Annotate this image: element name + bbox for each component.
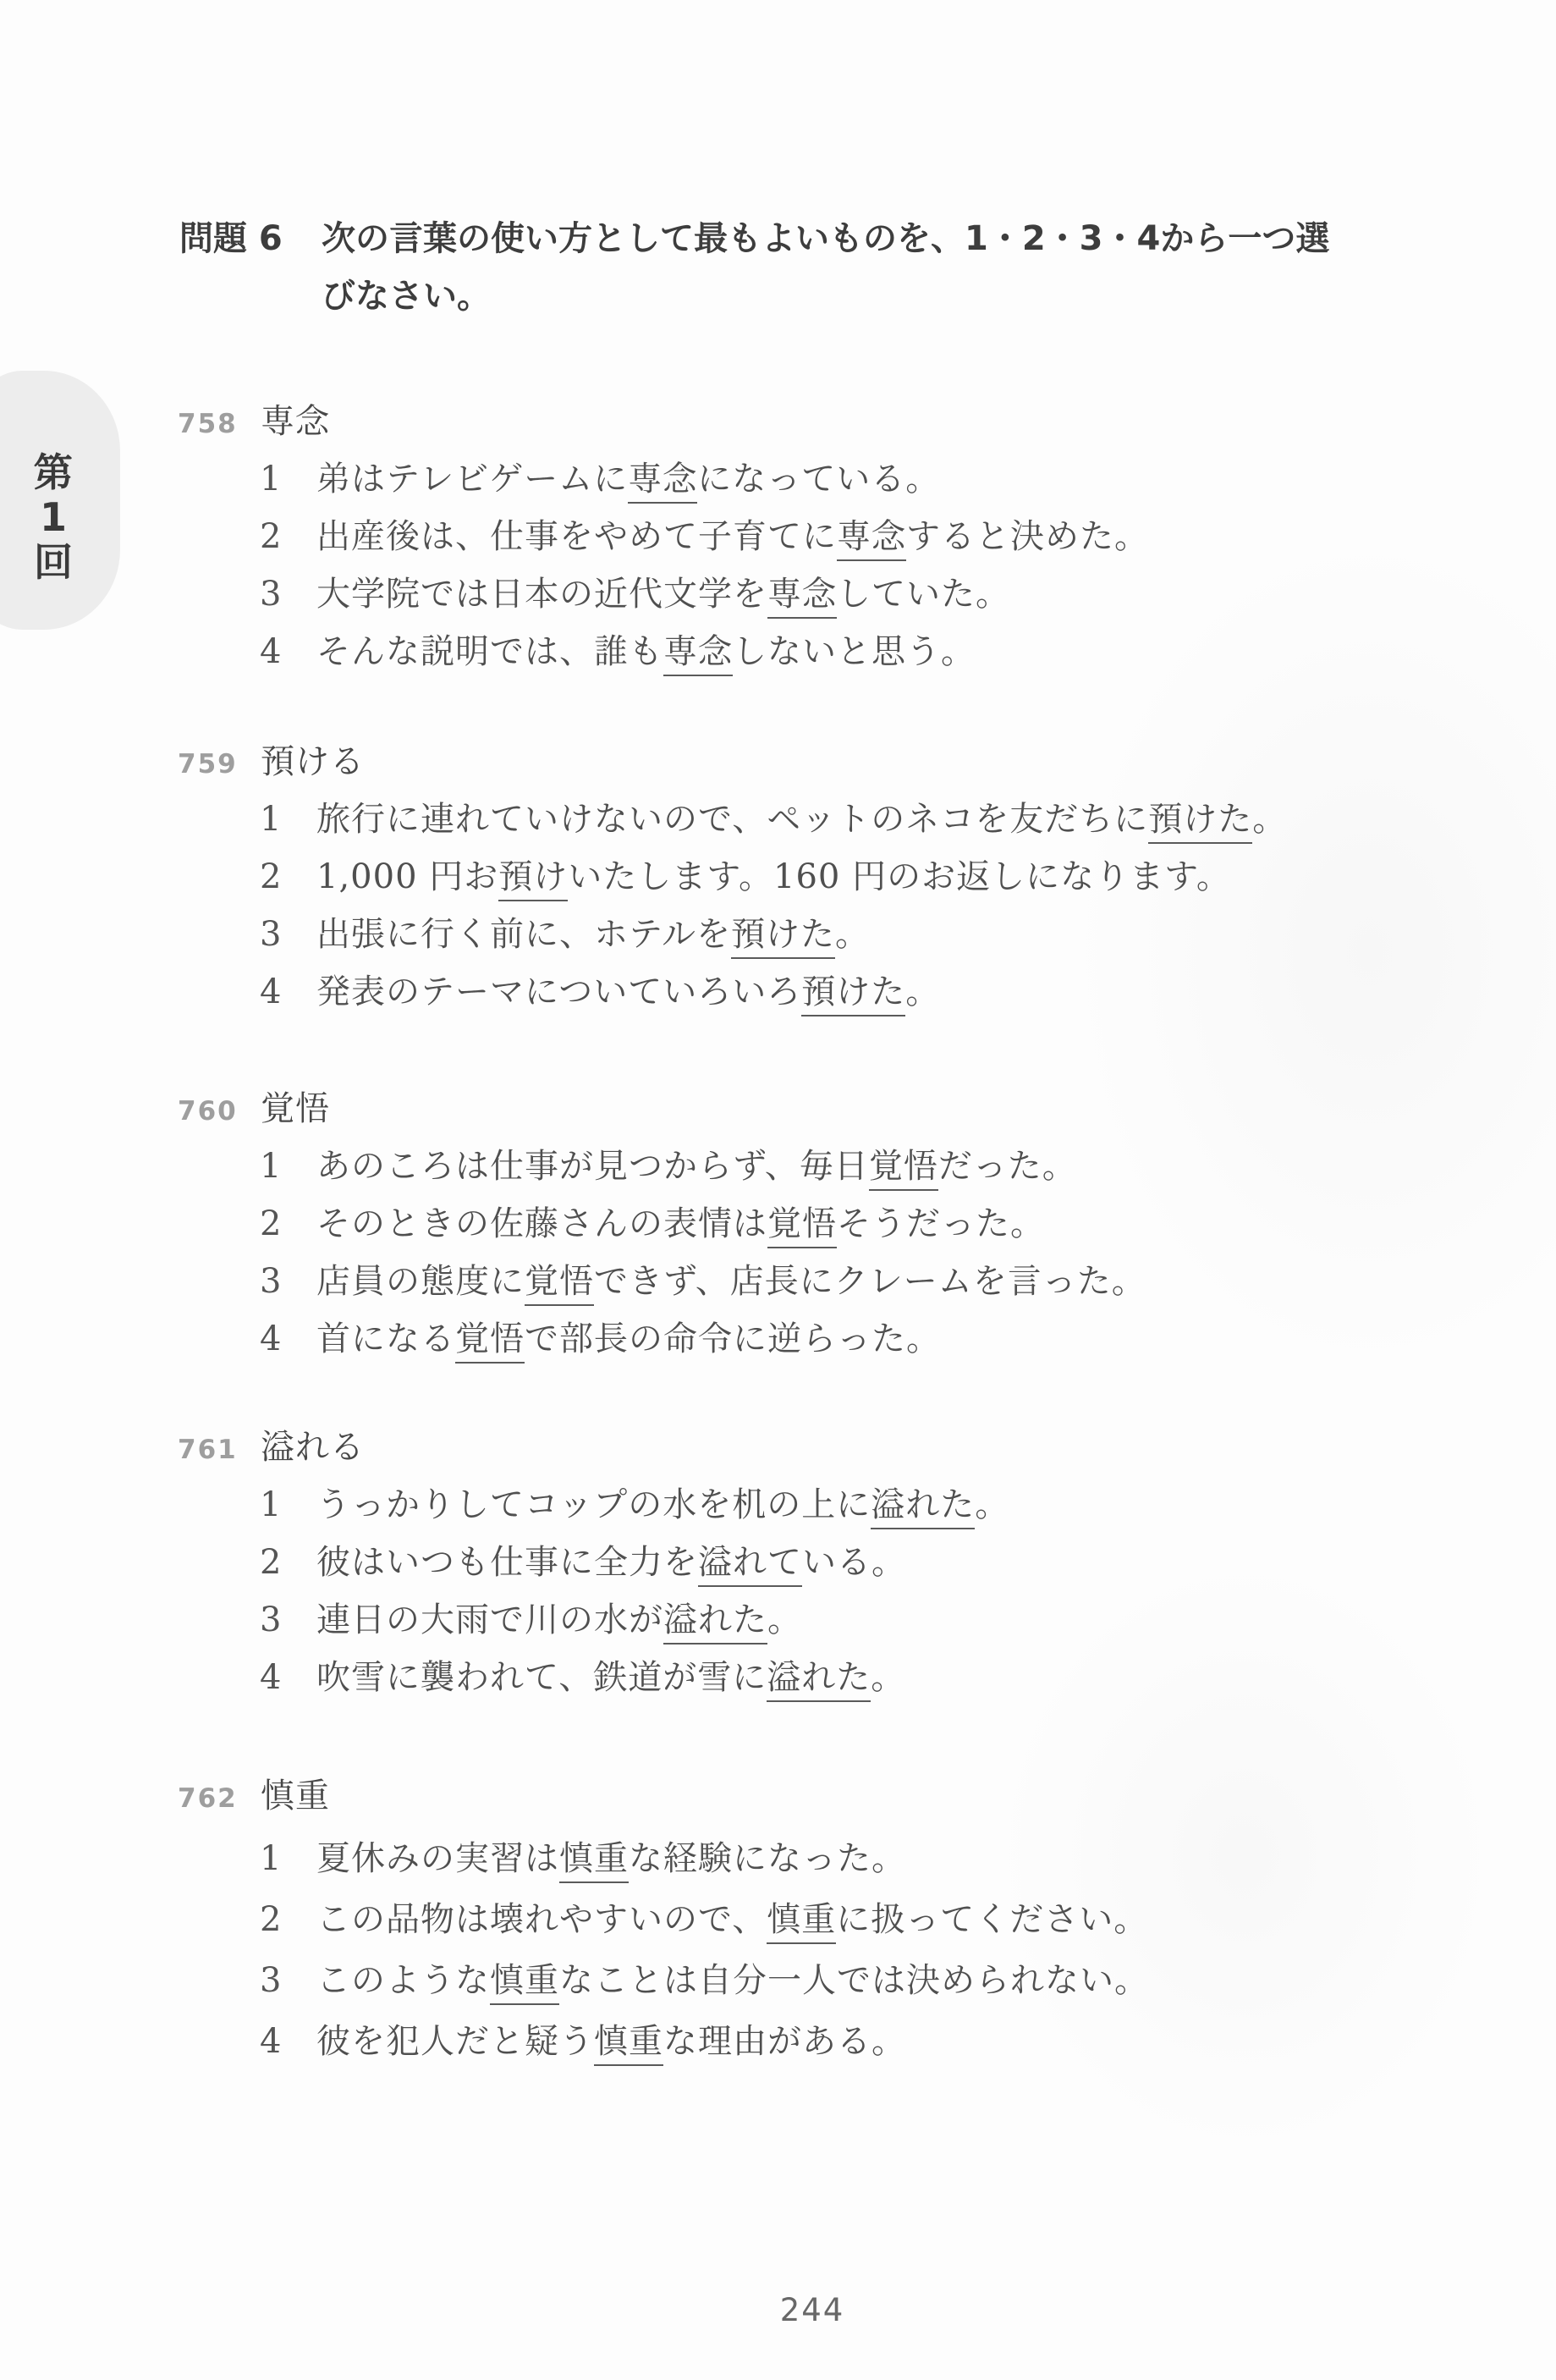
question-target-word: 覚悟 bbox=[261, 1088, 330, 1129]
question-options: 1 夏休みの実習は慎重な経験になった。 2 この品物は壊れやすいので、慎重に扱っ… bbox=[178, 1838, 1498, 2062]
option-sentence: 彼はいつも仕事に全力を溢れている。 bbox=[316, 1542, 906, 1583]
question-block: 759 預ける 1 旅行に連れていけないので、ペットのネコを友だちに預けた。 2… bbox=[178, 741, 1498, 1012]
option-sentence: 旅行に連れていけないので、ペットのネコを友だちに預けた。 bbox=[316, 799, 1287, 840]
question-block: 761 溢れる 1 うっかりしてコップの水を机の上に溢れた。 2 彼はいつも仕事… bbox=[178, 1427, 1498, 1698]
option-row: 3 出張に行く前に、ホテルを預けた。 bbox=[178, 914, 1498, 955]
option-text-post: な経験になった。 bbox=[629, 1839, 906, 1878]
problem-header: 問題 6 次の言葉の使い方として最もよいものを、1・2・3・4から一つ選 びなさ… bbox=[179, 218, 1329, 317]
option-text-post: いたします。160 円のお返しになります。 bbox=[568, 857, 1231, 896]
chapter-tab-char-2: 1 bbox=[25, 495, 81, 540]
option-number: 2 bbox=[260, 516, 316, 557]
option-text-post: 。 bbox=[975, 1485, 1009, 1524]
question-options: 1 弟はテレビゲームに専念になっている。 2 出産後は、仕事をやめて子育てに専念… bbox=[178, 459, 1498, 672]
option-text-post: 。 bbox=[905, 972, 940, 1011]
option-row: 2 出産後は、仕事をやめて子育てに専念すると決めた。 bbox=[178, 516, 1498, 557]
option-row: 1 あのころは仕事が見つからず、毎日覚悟だった。 bbox=[178, 1146, 1498, 1187]
option-text-pre: 旅行に連れていけないので、ペットのネコを友だちに bbox=[316, 800, 1148, 839]
option-text-pre: うっかりしてコップの水を机の上に bbox=[316, 1485, 871, 1524]
question-options: 1 旅行に連れていけないので、ペットのネコを友だちに預けた。 2 1,000 円… bbox=[178, 799, 1498, 1012]
option-underlined-word: 覚悟 bbox=[455, 1319, 525, 1364]
option-sentence: 弟はテレビゲームに専念になっている。 bbox=[316, 459, 940, 499]
option-number: 3 bbox=[260, 914, 316, 955]
option-row: 1 旅行に連れていけないので、ペットのネコを友だちに預けた。 bbox=[178, 799, 1498, 840]
option-text-pre: 連日の大雨で川の水が bbox=[316, 1600, 663, 1639]
option-sentence: 連日の大雨で川の水が溢れた。 bbox=[316, 1600, 802, 1640]
option-text-pre: この品物は壊れやすいので、 bbox=[316, 1900, 767, 1939]
option-underlined-word: 覚悟 bbox=[869, 1147, 938, 1191]
instruction-line-2: びなさい。 bbox=[322, 276, 1329, 317]
option-text-pre: そのときの佐藤さんの表情は bbox=[316, 1204, 767, 1243]
option-number: 1 bbox=[260, 1838, 316, 1879]
option-number: 3 bbox=[260, 1960, 316, 2001]
option-text-pre: 大学院では日本の近代文学を bbox=[316, 575, 767, 614]
option-underlined-word: 預けた bbox=[731, 915, 835, 959]
question-block: 760 覚悟 1 あのころは仕事が見つからず、毎日覚悟だった。 2 そのときの佐… bbox=[178, 1088, 1498, 1359]
option-number: 4 bbox=[260, 2021, 316, 2062]
option-sentence: 夏休みの実習は慎重な経験になった。 bbox=[316, 1838, 906, 1879]
problem-instruction: 次の言葉の使い方として最もよいものを、1・2・3・4から一つ選 びなさい。 bbox=[322, 218, 1329, 317]
option-number: 2 bbox=[260, 1542, 316, 1583]
option-text-pre: 弟はテレビゲームに bbox=[316, 460, 628, 499]
option-text-pre: 吹雪に襲われて、鉄道が雪に bbox=[316, 1658, 767, 1697]
chapter-tab-char-3: 回 bbox=[25, 540, 81, 585]
option-sentence: 店員の態度に覚悟できず、店長にクレームを言った。 bbox=[316, 1261, 1146, 1302]
question-block: 758 専念 1 弟はテレビゲームに専念になっている。 2 出産後は、仕事をやめ… bbox=[178, 401, 1498, 672]
option-number: 2 bbox=[260, 1204, 316, 1244]
option-row: 2 そのときの佐藤さんの表情は覚悟そうだった。 bbox=[178, 1204, 1498, 1244]
option-sentence: うっかりしてコップの水を机の上に溢れた。 bbox=[316, 1485, 1009, 1525]
option-row: 2 彼はいつも仕事に全力を溢れている。 bbox=[178, 1542, 1498, 1583]
question-options: 1 あのころは仕事が見つからず、毎日覚悟だった。 2 そのときの佐藤さんの表情は… bbox=[178, 1146, 1498, 1359]
option-text-post: 。 bbox=[835, 915, 870, 954]
option-number: 4 bbox=[260, 1319, 316, 1359]
option-sentence: 出張に行く前に、ホテルを預けた。 bbox=[316, 914, 870, 955]
question-head: 759 預ける bbox=[178, 741, 1498, 782]
option-number: 1 bbox=[260, 799, 316, 840]
option-text-post: な理由がある。 bbox=[663, 2022, 906, 2061]
question-target-word: 専念 bbox=[261, 401, 330, 442]
option-row: 3 大学院では日本の近代文学を専念していた。 bbox=[178, 574, 1498, 614]
option-text-post: しないと思う。 bbox=[733, 632, 976, 671]
option-underlined-word: 溢れた bbox=[767, 1658, 871, 1702]
option-text-pre: 彼を犯人だと疑う bbox=[316, 2022, 594, 2061]
option-sentence: 首になる覚悟で部長の命令に逆らった。 bbox=[316, 1319, 941, 1359]
option-sentence: そのときの佐藤さんの表情は覚悟そうだった。 bbox=[316, 1204, 1045, 1244]
question-number: 762 bbox=[178, 1783, 261, 1814]
option-underlined-word: 専念 bbox=[837, 517, 906, 561]
option-row: 2 1,000 円お預けいたします。160 円のお返しになります。 bbox=[178, 857, 1498, 897]
option-text-post: に扱ってください。 bbox=[836, 1900, 1148, 1939]
option-text-post: 。 bbox=[1252, 800, 1287, 839]
option-underlined-word: 専念 bbox=[663, 632, 733, 676]
option-number: 3 bbox=[260, 1261, 316, 1302]
option-number: 1 bbox=[260, 459, 316, 499]
option-row: 2 この品物は壊れやすいので、慎重に扱ってください。 bbox=[178, 1899, 1498, 1940]
question-head: 761 溢れる bbox=[178, 1427, 1498, 1468]
option-underlined-word: 覚悟 bbox=[767, 1204, 837, 1248]
option-text-pre: 夏休みの実習は bbox=[316, 1839, 559, 1878]
option-number: 1 bbox=[260, 1485, 316, 1525]
option-underlined-word: 慎重 bbox=[594, 2022, 663, 2066]
question-block: 762 慎重 1 夏休みの実習は慎重な経験になった。 2 この品物は壊れやすいの… bbox=[178, 1776, 1498, 2062]
option-underlined-word: 覚悟 bbox=[525, 1262, 594, 1306]
option-sentence: そんな説明では、誰も専念しないと思う。 bbox=[316, 631, 976, 672]
option-row: 1 弟はテレビゲームに専念になっている。 bbox=[178, 459, 1498, 499]
option-text-pre: 発表のテーマについていろいろ bbox=[316, 972, 801, 1011]
option-text-pre: そんな説明では、誰も bbox=[316, 632, 663, 671]
option-sentence: この品物は壊れやすいので、慎重に扱ってください。 bbox=[316, 1899, 1148, 1940]
option-row: 1 夏休みの実習は慎重な経験になった。 bbox=[178, 1838, 1498, 1879]
option-number: 3 bbox=[260, 1600, 316, 1640]
option-row: 3 連日の大雨で川の水が溢れた。 bbox=[178, 1600, 1498, 1640]
option-number: 2 bbox=[260, 857, 316, 897]
option-underlined-word: 専念 bbox=[767, 575, 837, 619]
option-underlined-word: 慎重 bbox=[490, 1961, 559, 2005]
option-number: 2 bbox=[260, 1899, 316, 1940]
question-target-word: 慎重 bbox=[261, 1776, 330, 1816]
question-number: 761 bbox=[178, 1435, 261, 1465]
option-row: 4 そんな説明では、誰も専念しないと思う。 bbox=[178, 631, 1498, 672]
option-sentence: 出産後は、仕事をやめて子育てに専念すると決めた。 bbox=[316, 516, 1149, 557]
option-row: 3 店員の態度に覚悟できず、店長にクレームを言った。 bbox=[178, 1261, 1498, 1302]
option-sentence: 大学院では日本の近代文学を専念していた。 bbox=[316, 574, 1010, 614]
option-number: 4 bbox=[260, 972, 316, 1012]
option-sentence: 1,000 円お預けいたします。160 円のお返しになります。 bbox=[316, 857, 1231, 897]
option-text-post: できず、店長にクレームを言った。 bbox=[594, 1262, 1146, 1301]
option-text-post: いる。 bbox=[802, 1543, 906, 1582]
option-text-pre: 店員の態度に bbox=[316, 1262, 525, 1301]
instruction-line-1: 次の言葉の使い方として最もよいものを、1・2・3・4から一つ選 bbox=[322, 218, 1329, 259]
option-sentence: 吹雪に襲われて、鉄道が雪に溢れた。 bbox=[316, 1657, 905, 1698]
option-text-post: で部長の命令に逆らった。 bbox=[525, 1319, 941, 1358]
option-text-post: すると決めた。 bbox=[906, 517, 1149, 556]
option-sentence: あのころは仕事が見つからず、毎日覚悟だった。 bbox=[316, 1146, 1077, 1187]
question-head: 760 覚悟 bbox=[178, 1088, 1498, 1129]
option-row: 4 吹雪に襲われて、鉄道が雪に溢れた。 bbox=[178, 1657, 1498, 1698]
question-number: 758 bbox=[178, 409, 261, 439]
option-row: 4 発表のテーマについていろいろ預けた。 bbox=[178, 972, 1498, 1012]
option-row: 1 うっかりしてコップの水を机の上に溢れた。 bbox=[178, 1485, 1498, 1525]
option-sentence: このような慎重なことは自分一人では決められない。 bbox=[316, 1960, 1149, 2001]
page-number: 244 bbox=[745, 2292, 880, 2328]
option-text-pre: 出産後は、仕事をやめて子育てに bbox=[316, 517, 837, 556]
chapter-tab: 第 1 回 bbox=[25, 450, 81, 585]
option-text-post: なことは自分一人では決められない。 bbox=[559, 1961, 1149, 2000]
option-text-post: そうだった。 bbox=[837, 1204, 1045, 1243]
option-row: 3 このような慎重なことは自分一人では決められない。 bbox=[178, 1960, 1498, 2001]
option-underlined-word: 専念 bbox=[628, 460, 697, 504]
option-underlined-word: 預け bbox=[498, 857, 568, 901]
option-number: 1 bbox=[260, 1146, 316, 1187]
option-sentence: 彼を犯人だと疑う慎重な理由がある。 bbox=[316, 2021, 906, 2062]
option-text-pre: 1,000 円お bbox=[316, 857, 498, 896]
question-target-word: 溢れる bbox=[261, 1427, 365, 1468]
option-text-post: だった。 bbox=[938, 1147, 1077, 1186]
option-underlined-word: 溢れて bbox=[698, 1543, 802, 1587]
option-underlined-word: 預けた bbox=[1148, 800, 1252, 844]
problem-number-label: 問題 6 bbox=[179, 218, 322, 317]
option-text-pre: 出張に行く前に、ホテルを bbox=[316, 915, 731, 954]
option-number: 3 bbox=[260, 574, 316, 614]
chapter-tab-char-1: 第 bbox=[25, 450, 81, 495]
option-sentence: 発表のテーマについていろいろ預けた。 bbox=[316, 972, 940, 1012]
option-text-post: していた。 bbox=[837, 575, 1010, 614]
option-underlined-word: 溢れた bbox=[663, 1600, 767, 1645]
option-underlined-word: 溢れた bbox=[871, 1485, 975, 1529]
option-text-post: 。 bbox=[767, 1600, 802, 1639]
option-text-pre: 首になる bbox=[316, 1319, 455, 1358]
option-row: 4 首になる覚悟で部長の命令に逆らった。 bbox=[178, 1319, 1498, 1359]
option-underlined-word: 慎重 bbox=[767, 1900, 836, 1944]
option-number: 4 bbox=[260, 631, 316, 672]
option-underlined-word: 預けた bbox=[801, 972, 905, 1016]
option-text-post: になっている。 bbox=[697, 460, 940, 499]
question-options: 1 うっかりしてコップの水を机の上に溢れた。 2 彼はいつも仕事に全力を溢れてい… bbox=[178, 1485, 1498, 1698]
option-text-pre: 彼はいつも仕事に全力を bbox=[316, 1543, 698, 1582]
option-underlined-word: 慎重 bbox=[559, 1839, 629, 1883]
option-text-post: 。 bbox=[871, 1658, 905, 1697]
question-head: 762 慎重 bbox=[178, 1776, 1498, 1816]
question-number: 759 bbox=[178, 749, 261, 780]
option-row: 4 彼を犯人だと疑う慎重な理由がある。 bbox=[178, 2021, 1498, 2062]
question-number: 760 bbox=[178, 1096, 261, 1127]
question-head: 758 専念 bbox=[178, 401, 1498, 442]
option-number: 4 bbox=[260, 1657, 316, 1698]
option-text-pre: あのころは仕事が見つからず、毎日 bbox=[316, 1147, 869, 1186]
option-text-pre: このような bbox=[316, 1961, 490, 2000]
textbook-page: 第 1 回 問題 6 次の言葉の使い方として最もよいものを、1・2・3・4から一… bbox=[0, 0, 1556, 2380]
question-target-word: 預ける bbox=[261, 741, 365, 782]
